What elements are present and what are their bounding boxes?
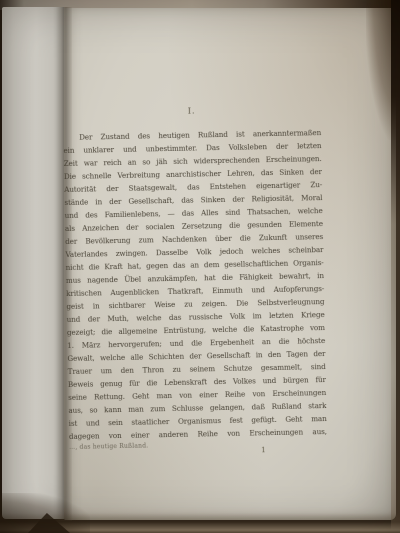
book-photo: I. Der Zustand des heutigen Rußland ist … [0,0,400,533]
sheet-signature-number: 1 [261,446,266,454]
footer-signature-line: …, das heutige Rußland. [69,442,148,451]
book-edge-right [391,0,400,533]
verso-page [2,7,64,519]
page-text: I. Der Zustand des heutigen Rußland ist … [63,105,328,460]
